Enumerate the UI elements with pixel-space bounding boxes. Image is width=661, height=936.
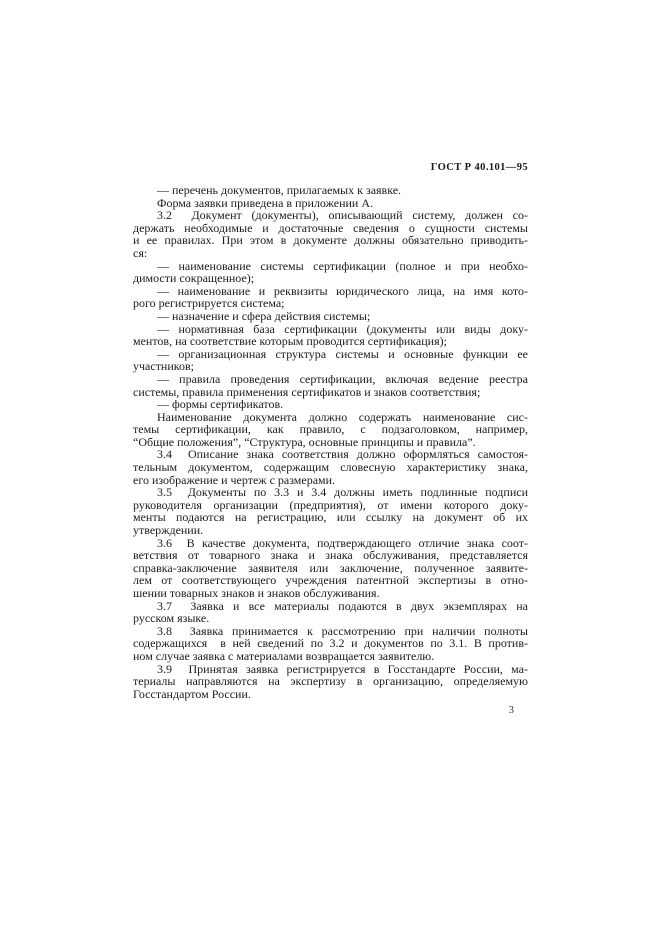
paragraph: — организационная структура системы и ос…	[133, 348, 528, 373]
text-line: утверждении.	[133, 524, 528, 537]
document-page: ГОСТ Р 40.101—95 — перечень документов, …	[0, 0, 661, 936]
paragraph: 3.5 Документы по 3.3 и 3.4 должны иметь …	[133, 486, 528, 536]
text-line: — назначение и сфера действия системы;	[133, 310, 528, 323]
paragraph: 3.7 Заявка и все материалы подаются в дв…	[133, 600, 528, 625]
text-line: тельным документом, содержащим словесную…	[133, 461, 528, 474]
text-line: териалы направляются на экспертизу в орг…	[133, 675, 528, 688]
text-line: шении товарных знаков и знаков обслужива…	[133, 587, 528, 600]
text-line: ментов, на соответствие которым проводит…	[133, 335, 528, 348]
text-line: Госстандартом России.	[133, 688, 528, 701]
paragraph: 3.2 Документ (документы), описывающий си…	[133, 209, 528, 259]
text-line: — правила проведения сертификации, включ…	[133, 373, 528, 386]
text-line: димости сокращенное);	[133, 272, 528, 285]
paragraph: — перечень документов, прилагаемых к зая…	[133, 184, 528, 197]
paragraph: 3.6 В качестве документа, подтверждающег…	[133, 537, 528, 600]
running-header: ГОСТ Р 40.101—95	[133, 162, 528, 173]
paragraph: — наименование системы сертификации (пол…	[133, 260, 528, 285]
text-line: русском языке.	[133, 612, 528, 625]
text-line: ветствия от товарного знака и знака обсл…	[133, 549, 528, 562]
paragraph: Наименование документа должно содержать …	[133, 411, 528, 449]
text-line: ся:	[133, 247, 528, 260]
text-line: 3.5 Документы по 3.3 и 3.4 должны иметь …	[133, 486, 528, 499]
text-line: 3.2 Документ (документы), описывающий си…	[133, 209, 528, 222]
text-line: и ее правилах. При этом в документе долж…	[133, 234, 528, 247]
text-line: — формы сертификатов.	[133, 398, 528, 411]
text-line: темы сертификации, как правило, с подзаг…	[133, 423, 528, 436]
paragraph: — наименование и реквизиты юридического …	[133, 285, 528, 310]
paragraph: 3.4 Описание знака соответствия должно о…	[133, 448, 528, 486]
paragraph: 3.8 Заявка принимается к рассмотрению пр…	[133, 625, 528, 663]
paragraph: — нормативная база сертификации (докумен…	[133, 323, 528, 348]
paragraph: 3.9 Принятая заявка регистрируется в Гос…	[133, 663, 528, 701]
paragraph: — правила проведения сертификации, включ…	[133, 373, 528, 398]
body-text: — перечень документов, прилагаемых к зая…	[133, 184, 528, 700]
page-number: 3	[133, 704, 514, 716]
text-line: ном случае заявка с материалами возвраща…	[133, 650, 528, 663]
text-line: — перечень документов, прилагаемых к зая…	[133, 184, 528, 197]
paragraph: — назначение и сфера действия системы;	[133, 310, 528, 323]
paragraph: — формы сертификатов.	[133, 398, 528, 411]
